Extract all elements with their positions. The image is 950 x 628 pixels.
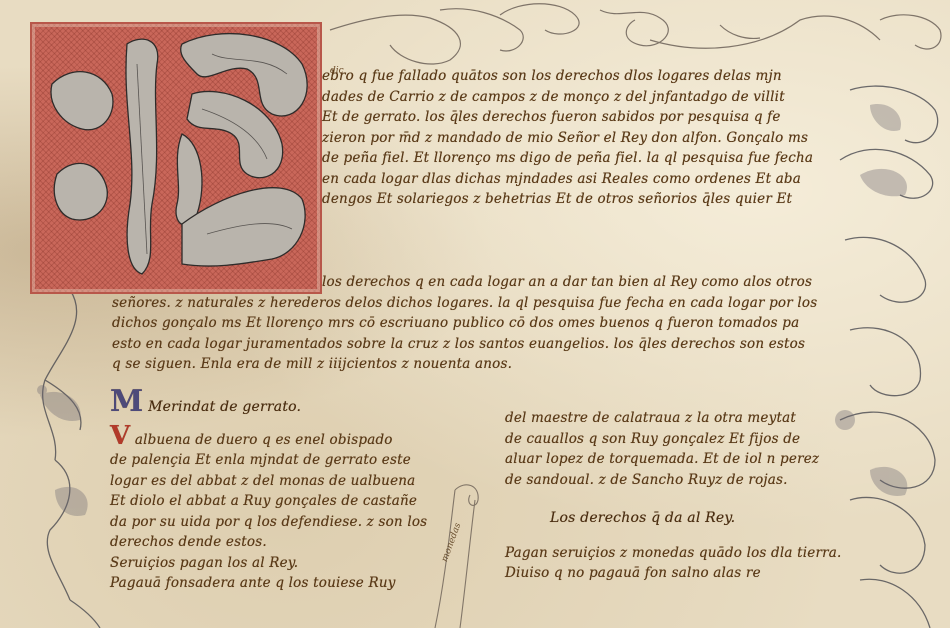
text-line: señores. z naturales z herederos delos d… (112, 293, 817, 314)
text-line: Et diolo el abbat a Ruy gonçales de cast… (110, 491, 427, 512)
text-line: esto en cada logar juramentados sobre la… (112, 334, 817, 355)
illuminated-initial (30, 22, 322, 294)
text-line: del maestre de calatraua z la otra meyta… (505, 408, 842, 429)
text-line: Seruiçios pagan los al Rey. (110, 553, 427, 574)
text-line: de cauallos q son Ruy gonçalez Et fijos … (505, 429, 842, 450)
text-line: dichos gonçalo ms Et llorenço mrs cō esc… (112, 313, 817, 334)
manuscript-page: dic ebro q fue fallado quātos son los de… (0, 0, 950, 628)
text-column-left: M Merindat de gerrato. V albuena de duer… (110, 392, 427, 594)
text-line: Pagan seruiçios z monedas quādo los dla … (505, 543, 842, 564)
text-line: zieron por m̄d z mandado de mio Señor el… (322, 128, 813, 149)
text-line: dades de Carrio z de campos z de monço z… (322, 87, 813, 108)
text-line: Diuiso q no pagauā fon salno alas re (505, 563, 842, 584)
text-line: logar es del abbat z del monas de ualbue… (110, 471, 427, 492)
text-block-wide: los derechos q en cada logar an a dar ta… (112, 272, 817, 375)
acanthus-letter-icon (32, 24, 320, 292)
text-line: Et de gerrato. los q̄les derechos fueron… (322, 107, 813, 128)
text-line: derechos dende estos. (110, 532, 427, 553)
text-line: Pagauā fonsadera ante q los touiese Ruy (110, 573, 427, 594)
section-subheading: Los derechos q̄ da al Rey. (550, 508, 842, 529)
rubric-initial-blue: M (110, 384, 143, 419)
text-block-top: ebro q fue fallado quātos son los derech… (322, 66, 813, 210)
text-line: q se siguen. Enla era de mill z iiijcien… (112, 354, 817, 375)
text-line: ebro q fue fallado quātos son los derech… (322, 66, 813, 87)
scroll-inscription: monedas (440, 522, 463, 564)
text-line: da por su uida por q los defendiese. z s… (110, 512, 427, 533)
text-line: de sandoual. z de Sancho Ruyz de rojas. (505, 470, 842, 491)
text-line: de palençia Et enla mjndat de gerrato es… (110, 450, 427, 471)
section-heading: M Merindat de gerrato. (110, 392, 427, 418)
text-line: en cada logar dlas dichas mjndades asi R… (322, 169, 813, 190)
text-line: dengos Et solariegos z behetrias Et de o… (322, 189, 813, 210)
text-column-right: del maestre de calatraua z la otra meyta… (505, 408, 842, 584)
text-line: de peña fiel. Et llorenço ms digo de peñ… (322, 148, 813, 169)
paragraph-start: V albuena de duero q es enel obispado (110, 426, 427, 451)
text-line: aluar lopez de torquemada. Et de iol n p… (505, 449, 842, 470)
text-line: los derechos q en cada logar an a dar ta… (112, 272, 817, 293)
rubric-initial-red: V (110, 421, 130, 451)
